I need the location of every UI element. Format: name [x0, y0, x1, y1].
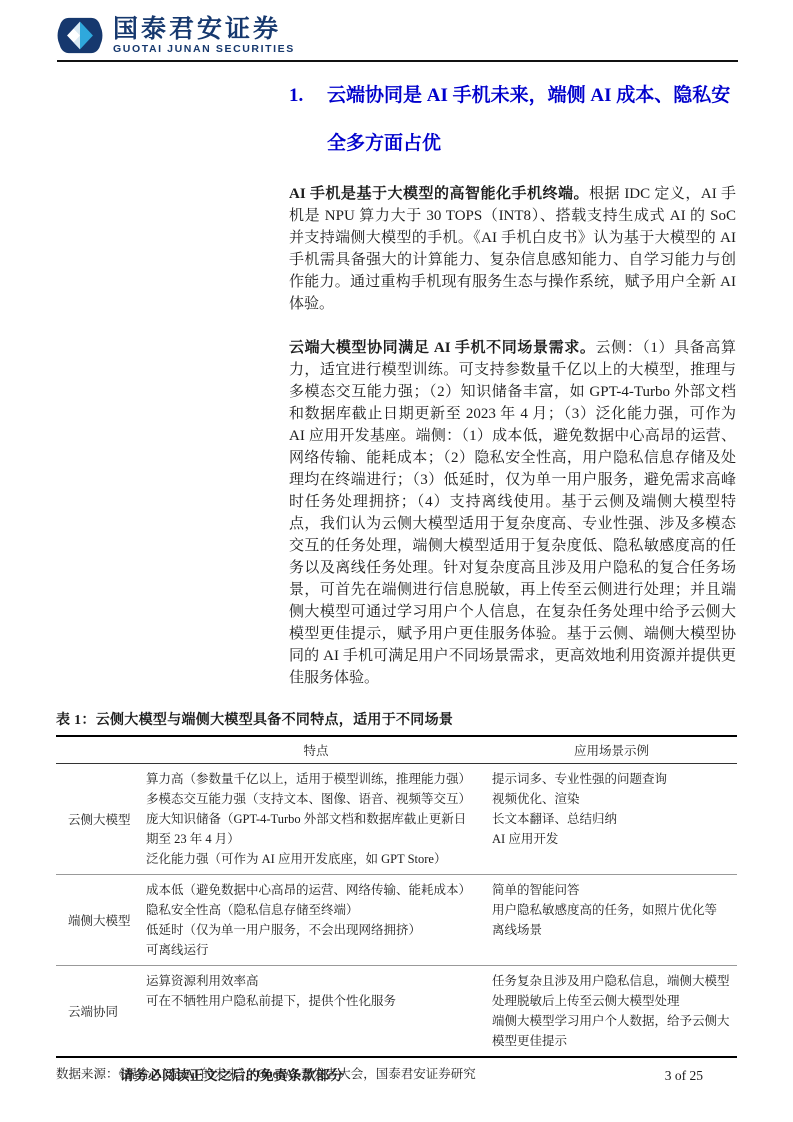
report-body: 1. 云端协同是 AI 手机未来，端侧 AI 成本、隐私安全多方面占优 AI 手… — [56, 72, 737, 1082]
feature-item: 可离线运行 — [146, 940, 472, 960]
logo-name-english: GUOTAI JUNAN SECURITIES — [113, 43, 295, 55]
gtja-logo-icon — [57, 17, 103, 54]
example-item: 提示词多、专业性强的问题查询 — [492, 769, 733, 789]
feature-item: 泛化能力强（可作为 AI 应用开发底座，如 GPT Store） — [146, 849, 472, 869]
table-body: 云侧大模型算力高（参数量千亿以上，适用于模型训练，推理能力强）多模态交互能力强（… — [56, 764, 737, 1056]
page-number: 3 of 25 — [665, 1068, 703, 1084]
row-features: 成本低（避免数据中心高昂的运营、网络传输、能耗成本）隐私安全性高（隐私信息存储至… — [146, 880, 486, 960]
feature-item: 隐私安全性高（隐私信息存储至终端） — [146, 900, 472, 920]
header-label-col — [56, 741, 146, 759]
paragraph-1: AI 手机是基于大模型的高智能化手机终端。根据 IDC 定义，AI 手机是 NP… — [289, 183, 736, 315]
example-item: 任务复杂且涉及用户隐私信息，端侧大模型处理脱敏后上传至云侧大模型处理 — [492, 971, 733, 1011]
example-item: 离线场景 — [492, 920, 733, 940]
header-examples: 应用场景示例 — [486, 741, 737, 759]
example-item: 用户隐私敏感度高的任务，如照片优化等 — [492, 900, 733, 920]
table-row: 云侧大模型算力高（参数量千亿以上，适用于模型训练，推理能力强）多模态交互能力强（… — [56, 764, 737, 875]
logo-name-chinese: 国泰君安证券 — [113, 16, 295, 42]
paragraph-2: 云端大模型协同满足 AI 手机不同场景需求。云侧：（1）具备高算力，适宜进行模型… — [289, 337, 736, 689]
section-heading: 1. 云端协同是 AI 手机未来，端侧 AI 成本、隐私安全多方面占优 — [289, 72, 737, 167]
feature-item: 可在不牺牲用户隐私前提下，提供个性化服务 — [146, 991, 472, 1011]
section-number: 1. — [289, 72, 327, 167]
row-label: 端侧大模型 — [56, 880, 146, 960]
paragraph-2-lead: 云端大模型协同满足 AI 手机不同场景需求。 — [289, 340, 595, 356]
row-label: 云端协同 — [56, 971, 146, 1051]
feature-item: 多模态交互能力强（支持文本、图像、语音、视频等交互） — [146, 789, 472, 809]
header-features: 特点 — [146, 741, 486, 759]
gtja-logo: 国泰君安证券 GUOTAI JUNAN SECURITIES — [57, 16, 738, 55]
feature-item: 算力高（参数量千亿以上，适用于模型训练，推理能力强） — [146, 769, 472, 789]
feature-item: 运算资源利用效率高 — [146, 971, 472, 991]
footer-disclaimer: 请务必阅读正文之后的免责条款部分 — [120, 1064, 344, 1084]
feature-item: 低延时（仅为单一用户服务，不会出现网络拥挤） — [146, 920, 472, 940]
paragraph-1-text: 根据 IDC 定义，AI 手机是 NPU 算力大于 30 TOPS（INT8）、… — [289, 186, 736, 312]
row-features: 算力高（参数量千亿以上，适用于模型训练，推理能力强）多模态交互能力强（支持文本、… — [146, 769, 486, 869]
row-features: 运算资源利用效率高可在不牺牲用户隐私前提下，提供个性化服务 — [146, 971, 486, 1051]
table-1: 表 1：云侧大模型与端侧大模型具备不同特点，适用于不同场景 特点 应用场景示例 … — [56, 709, 737, 1082]
report-page: 国泰君安证券 GUOTAI JUNAN SECURITIES 1. 云端协同是 … — [0, 0, 793, 1122]
logo-text: 国泰君安证券 GUOTAI JUNAN SECURITIES — [113, 16, 295, 55]
row-examples: 简单的智能问答用户隐私敏感度高的任务，如照片优化等离线场景 — [486, 880, 737, 960]
table: 特点 应用场景示例 云侧大模型算力高（参数量千亿以上，适用于模型训练，推理能力强… — [56, 735, 737, 1058]
table-row: 云端协同运算资源利用效率高可在不牺牲用户隐私前提下，提供个性化服务任务复杂且涉及… — [56, 966, 737, 1056]
paragraph-1-lead: AI 手机是基于大模型的高智能化手机终端。 — [289, 186, 589, 202]
feature-item: 成本低（避免数据中心高昂的运营、网络传输、能耗成本） — [146, 880, 472, 900]
example-item: 长文本翻译、总结归纳 — [492, 809, 733, 829]
table-row: 端侧大模型成本低（避免数据中心高昂的运营、网络传输、能耗成本）隐私安全性高（隐私… — [56, 875, 737, 966]
page-header: 国泰君安证券 GUOTAI JUNAN SECURITIES — [57, 16, 738, 62]
section-title: 云端协同是 AI 手机未来，端侧 AI 成本、隐私安全多方面占优 — [327, 72, 737, 167]
example-item: 端侧大模型学习用户个人数据，给予云侧大模型更佳提示 — [492, 1011, 733, 1051]
row-examples: 提示词多、专业性强的问题查询视频优化、渲染长文本翻译、总结归纳AI 应用开发 — [486, 769, 737, 869]
table-header-row: 特点 应用场景示例 — [56, 737, 737, 764]
page-footer: 请务必阅读正文之后的免责条款部分 3 of 25 — [120, 1064, 703, 1084]
feature-item: 庞大知识储备（GPT-4-Turbo 外部文档和数据库截止更新日期至 23 年 … — [146, 809, 472, 849]
example-item: AI 应用开发 — [492, 829, 733, 849]
paragraph-2-text: 云侧：（1）具备高算力，适宜进行模型训练。可支持参数量千亿以上的大模型，推理与多… — [289, 340, 736, 686]
table-title: 表 1：云侧大模型与端侧大模型具备不同特点，适用于不同场景 — [56, 709, 737, 735]
example-item: 视频优化、渲染 — [492, 789, 733, 809]
row-examples: 任务复杂且涉及用户隐私信息，端侧大模型处理脱敏后上传至云侧大模型处理端侧大模型学… — [486, 971, 737, 1051]
example-item: 简单的智能问答 — [492, 880, 733, 900]
row-label: 云侧大模型 — [56, 769, 146, 869]
